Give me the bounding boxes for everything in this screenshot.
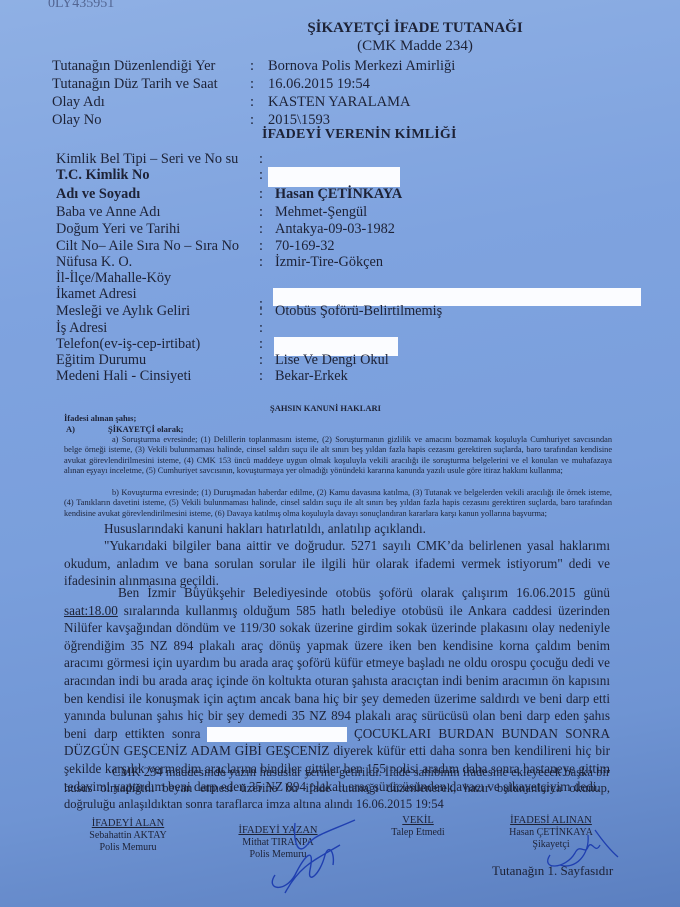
redaction-tc-no [268, 167, 400, 187]
statement-quote: "Yukarıdaki bilgiler bana aittir ve doğr… [64, 537, 610, 590]
closing-paragraph: CMK 234 maddesinde yazılı hususlar yerin… [64, 764, 610, 812]
identity-field: T.C. Kimlik No: [56, 167, 275, 184]
identity-field: Adı ve Soyadı:Hasan ÇETİNKAYA [56, 186, 402, 203]
identity-field: Cilt No– Aile Sıra No – Sıra No:70-169-3… [56, 238, 335, 255]
rights-section-letter: A) [66, 424, 75, 434]
rights-reminder: Hususlarındaki kanuni hakları hatırlatıl… [64, 520, 610, 538]
identity-field: Telefon(ev-iş-cep-irtibat): [56, 336, 275, 353]
document-title: ŞİKAYETÇİ İFADE TUTANAĞI [150, 20, 680, 37]
identity-field: İl-İlçe/Mahalle-Köy [56, 270, 275, 287]
identity-field: İkamet Adresi [56, 286, 275, 303]
handwritten-signature-writer [255, 815, 365, 895]
rights-paragraph-b: b) Kovuşturma evresinde; (1) Duruşmadan … [64, 488, 612, 519]
page-footer: Tutanağın 1. Sayfasıdır [492, 863, 613, 879]
header-field: Tutanağın Düz Tarih ve Saat:16.06.2015 1… [52, 76, 370, 93]
signature-block-taker: İFADEYİ ALAN Sebahattin AKTAY Polis Memu… [78, 818, 178, 854]
identity-field: Baba ve Anne Adı:Mehmet-Şengül [56, 204, 367, 221]
identity-field: Medeni Hali - Cinsiyeti:Bekar-Erkek [56, 368, 348, 385]
identity-field: Nüfusa K. O.:İzmir-Tire-Gökçen [56, 254, 383, 271]
identity-field: Eğitim Durumu:Lise Ve Dengi Okul [56, 352, 389, 369]
document-page: 0LY435951 ŞİKAYETÇİ İFADE TUTANAĞI (CMK … [0, 0, 680, 907]
identity-field: Doğum Yeri ve Tarihi:Antakya-09-03-1982 [56, 221, 395, 238]
header-field: Olay Adı:KASTEN YARALAMA [52, 94, 410, 111]
rights-intro: İfadesi alınan şahıs; [64, 413, 136, 423]
signature-block-attorney: VEKİL Talep Etmedi [378, 815, 458, 839]
rights-paragraph-a: a) Soruşturma evresinde; (1) Delillerin … [64, 435, 612, 476]
header-field: Tutanağın Düzenlendiği Yer:Bornova Polis… [52, 58, 455, 75]
identity-field: Kimlik Bel Tipi – Seri ve No su: [56, 151, 275, 168]
redaction-narrative [207, 727, 347, 742]
document-subtitle: (CMK Madde 234) [150, 38, 680, 55]
identity-section-title: İFADEYİ VERENİN KİMLİĞİ [262, 127, 457, 143]
serial-number: 0LY435951 [48, 0, 114, 12]
rights-section-title: ŞİKAYETÇİ olarak; [108, 424, 184, 434]
identity-field: Mesleği ve Aylık Geliri:Otobüs Şoförü-Be… [56, 303, 442, 320]
identity-field: İş Adresi: [56, 320, 275, 337]
rights-title: ŞAHSIN KANUNİ HAKLARI [270, 403, 381, 413]
